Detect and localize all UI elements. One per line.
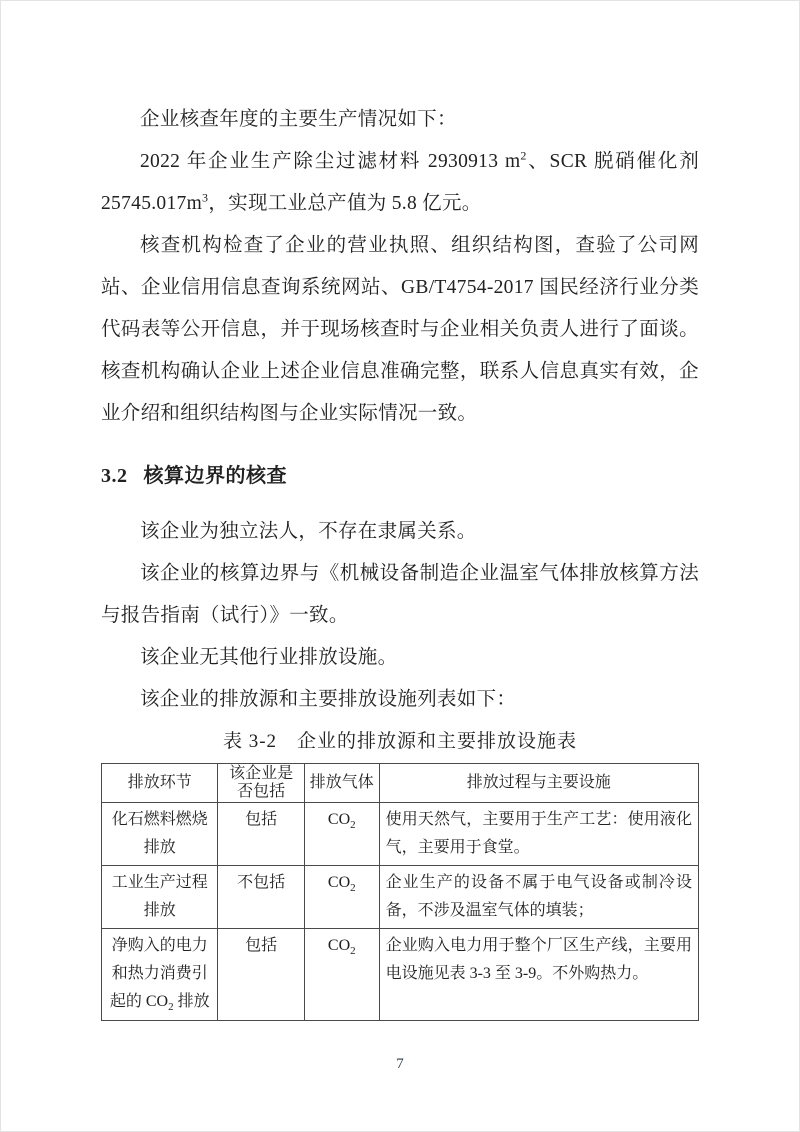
stage-text-post: 排放 [174, 993, 210, 1010]
paragraph-no-other-facilities: 该企业无其他行业排放设施。 [101, 637, 699, 679]
cell-included-industrial-process: 不包括 [218, 866, 305, 929]
cell-process-fossil-fuel: 使用天然气，主要用于生产工艺：使用液化气，主要用于食堂。 [379, 803, 698, 866]
header-gas: 排放气体 [304, 764, 379, 803]
header-emission-stage: 排放环节 [102, 764, 218, 803]
document-page: { "colors": { "text": "#212121", "table_… [0, 0, 800, 1132]
gas-subscript: 2 [350, 882, 356, 894]
emission-sources-table: 排放环节 该企业是否包括 排放气体 排放过程与主要设施 化石燃料燃烧排放 包括 … [101, 763, 699, 1021]
section-heading-3-2: 3.2核算边界的核查 [101, 459, 699, 487]
cell-stage-purchased-electricity: 净购入的电力和热力消费引起的 CO2 排放 [102, 929, 218, 1021]
header-included: 该企业是否包括 [218, 764, 305, 803]
section-heading-title: 核算边界的核查 [144, 465, 288, 487]
gas-label: CO [328, 811, 350, 828]
paragraph-verification-check: 核查机构检查了企业的营业执照、组织结构图，查验了公司网站、企业信用信息查询系统网… [101, 225, 699, 435]
page-content: 企业核查年度的主要生产情况如下： 2022 年企业生产除尘过滤材料 293091… [1, 1, 799, 1021]
section-heading-number: 3.2 [101, 465, 128, 487]
gas-label: CO [328, 874, 350, 891]
paragraph-production-figures: 2022 年企业生产除尘过滤材料 2930913 m2、SCR 脱硝催化剂 25… [101, 141, 699, 225]
cell-process-industrial-process: 企业生产的设备不属于电气设备或制冷设备，不涉及温室气体的填装； [379, 866, 698, 929]
cell-included-purchased-electricity: 包括 [218, 929, 305, 1021]
table-row: 净购入的电力和热力消费引起的 CO2 排放 包括 CO2 企业购入电力用于整个厂… [102, 929, 699, 1021]
gas-subscript: 2 [350, 819, 356, 831]
header-process-facilities: 排放过程与主要设施 [379, 764, 698, 803]
figures-text-3: ，实现工业总产值为 5.8 亿元。 [208, 193, 481, 214]
cell-process-purchased-electricity: 企业购入电力用于整个厂区生产线，主要用电设施见表 3-3 至 3-9。不外购热力… [379, 929, 698, 1021]
paragraph-production-intro: 企业核查年度的主要生产情况如下： [101, 99, 699, 141]
paragraph-legal-entity: 该企业为独立法人，不存在隶属关系。 [101, 511, 699, 553]
gas-subscript: 2 [350, 945, 356, 957]
figures-text-1: 2022 年企业生产除尘过滤材料 2930913 m [140, 151, 520, 172]
gas-label: CO [328, 937, 350, 954]
table-row: 化石燃料燃烧排放 包括 CO2 使用天然气，主要用于生产工艺：使用液化气，主要用… [102, 803, 699, 866]
cell-gas-purchased-electricity: CO2 [304, 929, 379, 1021]
cell-included-fossil-fuel: 包括 [218, 803, 305, 866]
paragraph-accounting-boundary: 该企业的核算边界与《机械设备制造企业温室气体排放核算方法与报告指南（试行）》一致… [101, 553, 699, 637]
cell-gas-industrial-process: CO2 [304, 866, 379, 929]
paragraph-table-lead-in: 该企业的排放源和主要排放设施列表如下： [101, 679, 699, 721]
table-row: 工业生产过程排放 不包括 CO2 企业生产的设备不属于电气设备或制冷设备，不涉及… [102, 866, 699, 929]
table-caption: 表 3-2 企业的排放源和主要排放设施表 [101, 721, 699, 763]
cell-stage-fossil-fuel: 化石燃料燃烧排放 [102, 803, 218, 866]
cell-gas-fossil-fuel: CO2 [304, 803, 379, 866]
cell-stage-industrial-process: 工业生产过程排放 [102, 866, 218, 929]
page-number: 7 [1, 1056, 799, 1073]
table-header-row: 排放环节 该企业是否包括 排放气体 排放过程与主要设施 [102, 764, 699, 803]
